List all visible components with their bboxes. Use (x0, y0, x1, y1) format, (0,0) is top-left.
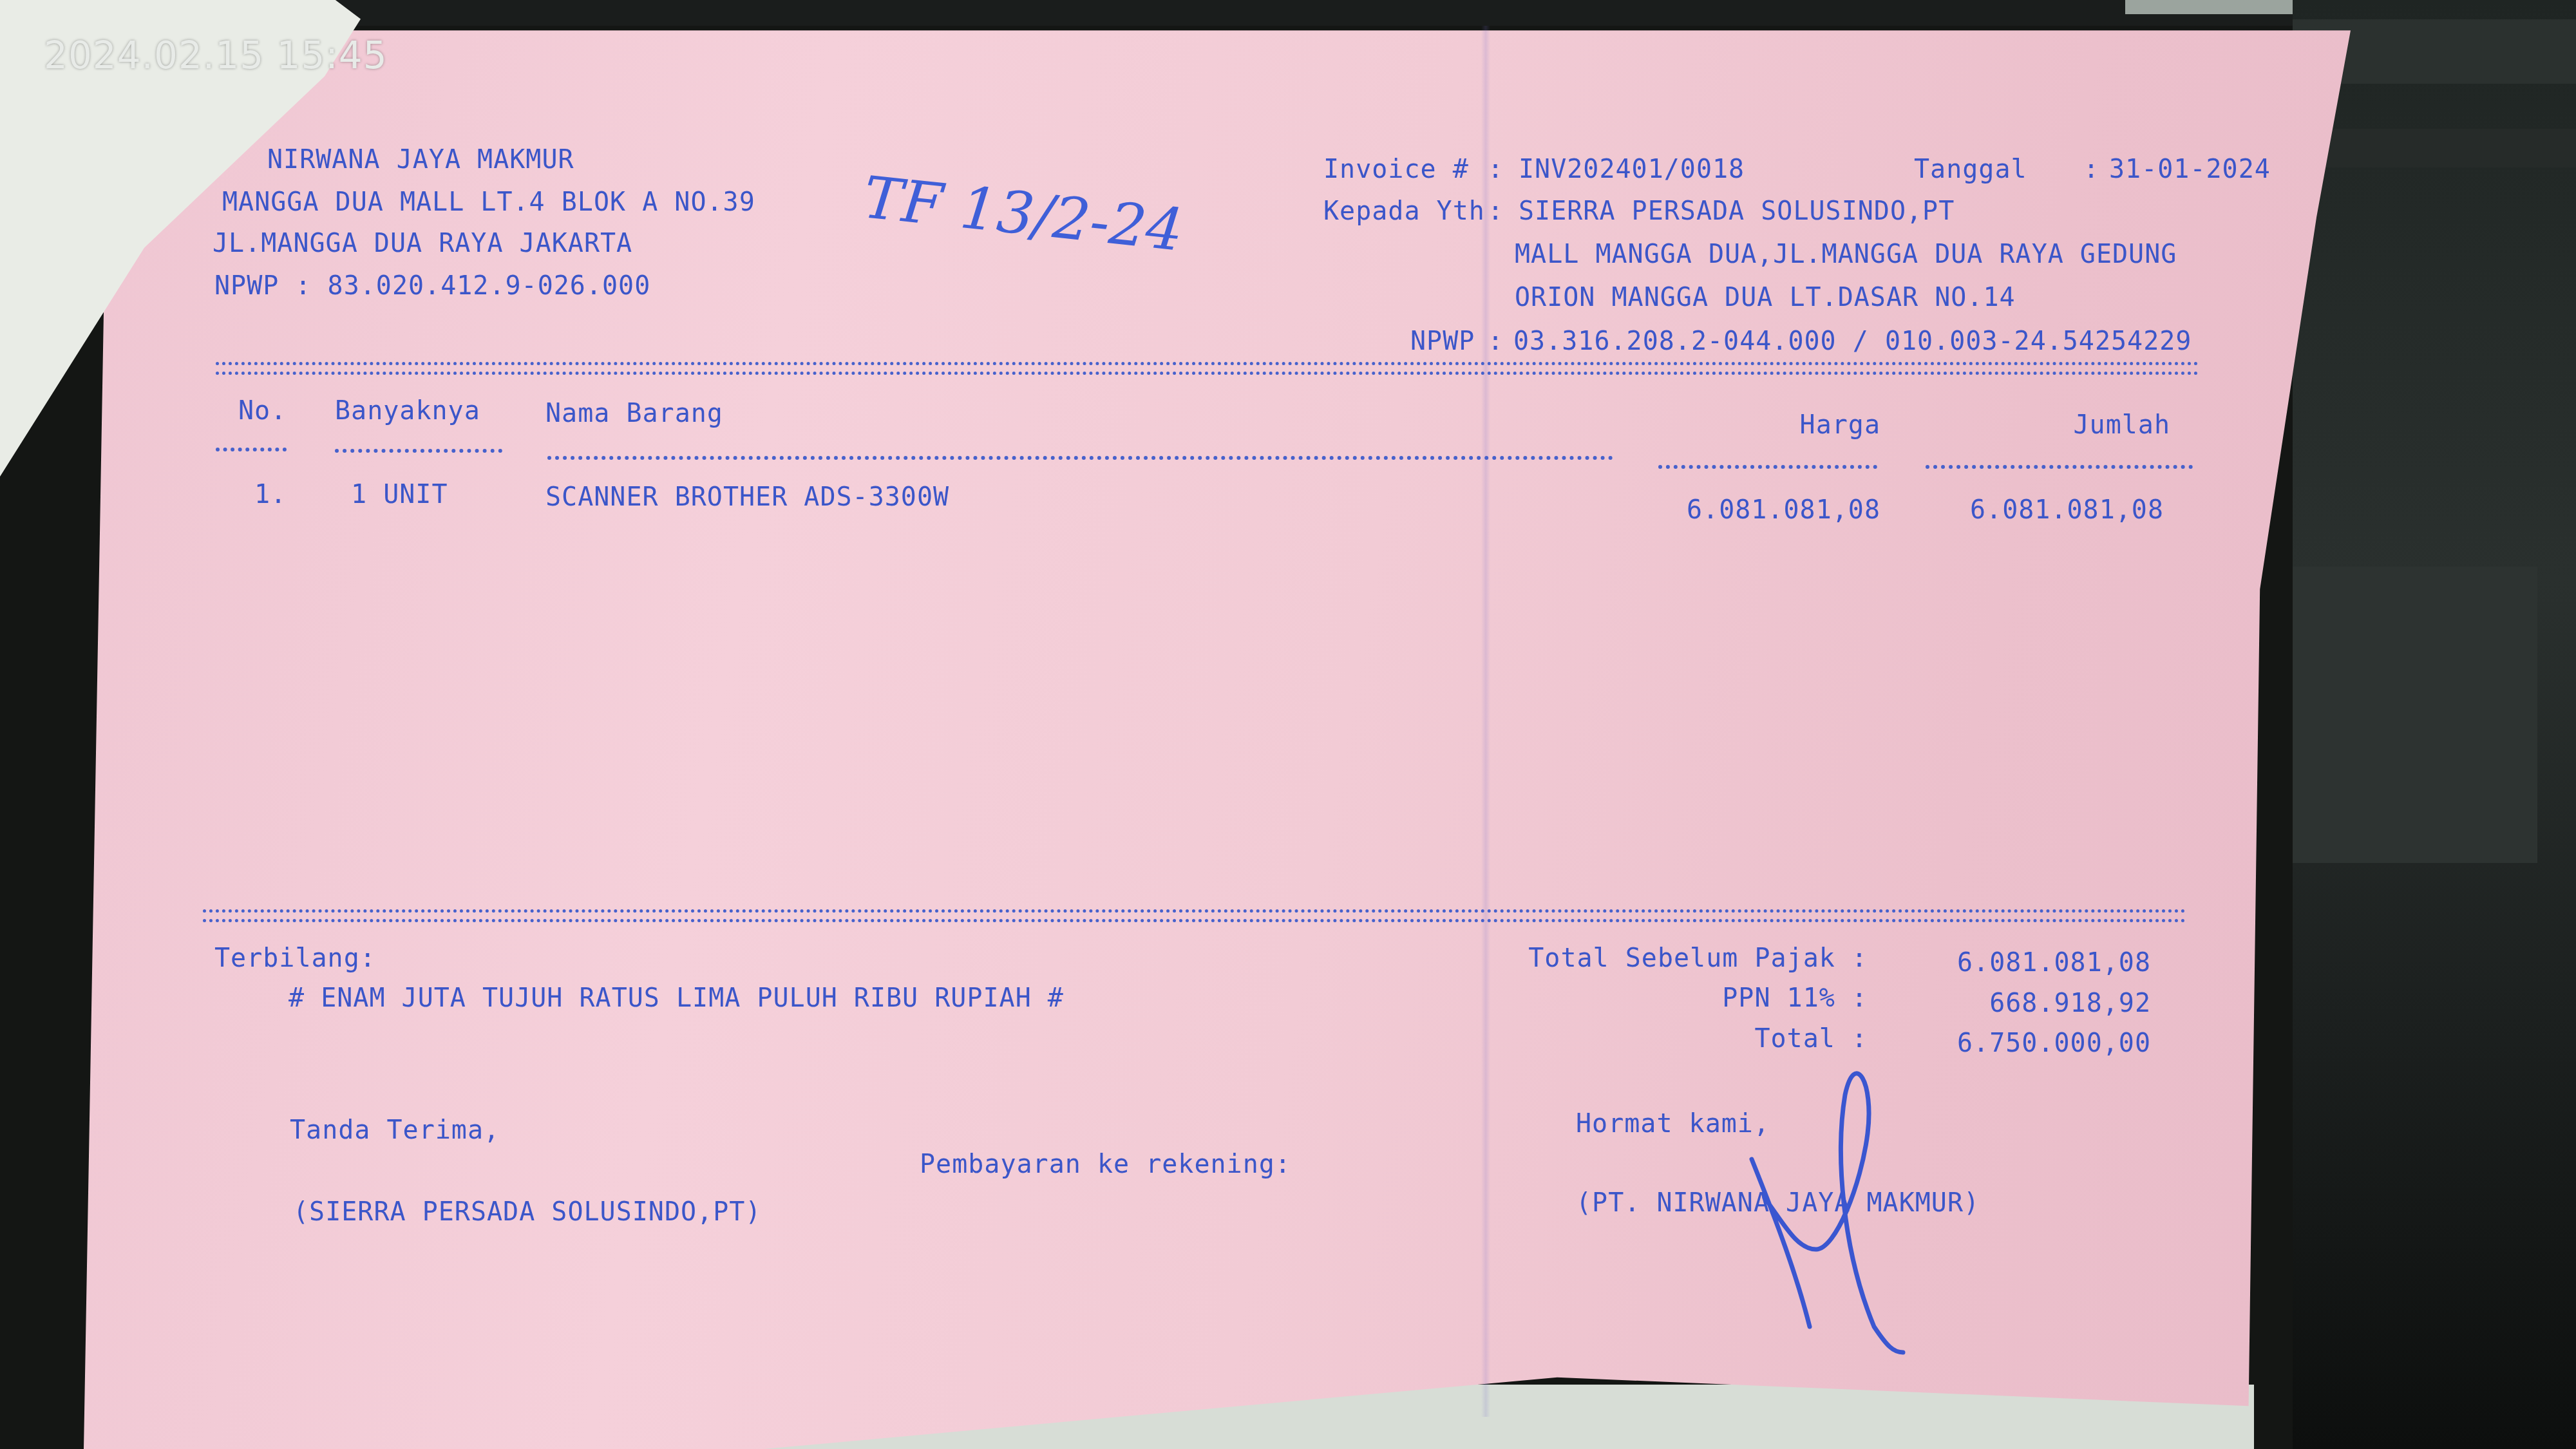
tax-label: PPN 11% : (1481, 985, 1868, 1011)
row-amount: 6.081.081,08 (1926, 497, 2164, 523)
subtotal-value: 6.081.081,08 (1900, 950, 2151, 976)
column-header-price: Harga (1739, 412, 1880, 438)
row-item: SCANNER BROTHER ADS-3300W (545, 484, 949, 510)
receipt-label: Tanda Terima, (290, 1117, 500, 1143)
column-header-amount: Jumlah (1996, 412, 2170, 438)
column-header-no: No. (238, 398, 287, 424)
invoice-number-separator: : (1488, 156, 1504, 182)
row-no: 1. (254, 482, 287, 507)
invoice-number-value: INV202401/0018 (1519, 156, 1745, 182)
signature-icon (1726, 1056, 1945, 1365)
column-header-qty: Banyaknya (335, 398, 480, 424)
background-printer-top (322, 0, 2576, 26)
receipt-party: (SIERRA PERSADA SOLUSINDO,PT) (293, 1199, 761, 1225)
column-header-item: Nama Barang (545, 401, 723, 426)
column-rule-no (216, 448, 287, 451)
recipient-npwp-value: 03.316.208.2-044.000 / 010.003-24.542542… (1513, 328, 2192, 354)
total-value: 6.750.000,00 (1900, 1030, 2151, 1056)
recipient-npwp-separator: : (1488, 328, 1504, 354)
invoice-date-separator: : (2083, 156, 2099, 182)
row-price: 6.081.081,08 (1636, 497, 1880, 523)
background-panel (2293, 567, 2537, 863)
background-printer-body (2293, 0, 2576, 1449)
invoice-date-value: 31-01-2024 (2109, 156, 2271, 182)
column-rule-qty (335, 449, 502, 453)
row-qty: 1 UNIT (351, 482, 448, 507)
column-rule-item (547, 456, 1613, 460)
invoice-number-label: Invoice # (1323, 156, 1469, 182)
terbilang-label: Terbilang: (214, 945, 376, 971)
subtotal-label: Total Sebelum Pajak : (1481, 945, 1868, 971)
recipient-separator: : (1488, 198, 1504, 224)
invoice-date-label: Tanggal (1914, 156, 2027, 182)
tax-value: 668.918,92 (1900, 990, 2151, 1016)
header-double-rule (216, 362, 2199, 375)
column-rule-price (1658, 465, 1877, 469)
recipient-name: SIERRA PERSADA SOLUSINDO,PT (1519, 198, 1955, 224)
paper-fold-crease (1481, 26, 1490, 1417)
recipient-npwp-label: NPWP (1410, 328, 1475, 354)
seller-address-line1: MANGGA DUA MALL LT.4 BLOK A NO.39 (222, 189, 755, 215)
total-label: Total : (1481, 1026, 1868, 1052)
seller-address-line2: JL.MANGGA DUA RAYA JAKARTA (213, 231, 632, 256)
seller-name: NIRWANA JAYA MAKMUR (267, 147, 574, 173)
recipient-address-line2: ORION MANGGA DUA LT.DASAR NO.14 (1515, 285, 2016, 310)
footer-double-rule (203, 909, 2186, 922)
column-rule-amount (1926, 465, 2193, 469)
recipient-label: Kepada Yth (1323, 198, 1485, 224)
seller-npwp: NPWP : 83.020.412.9-026.000 (214, 273, 650, 299)
payment-account-label: Pembayaran ke rekening: (920, 1151, 1291, 1177)
background-panel (2293, 129, 2576, 167)
terbilang-value: # ENAM JUTA TUJUH RATUS LIMA PULUH RIBU … (289, 985, 1064, 1011)
recipient-address-line1: MALL MANGGA DUA,JL.MANGGA DUA RAYA GEDUN… (1515, 241, 2177, 267)
photo-timestamp: 2024.02.15 15:45 (44, 33, 388, 77)
